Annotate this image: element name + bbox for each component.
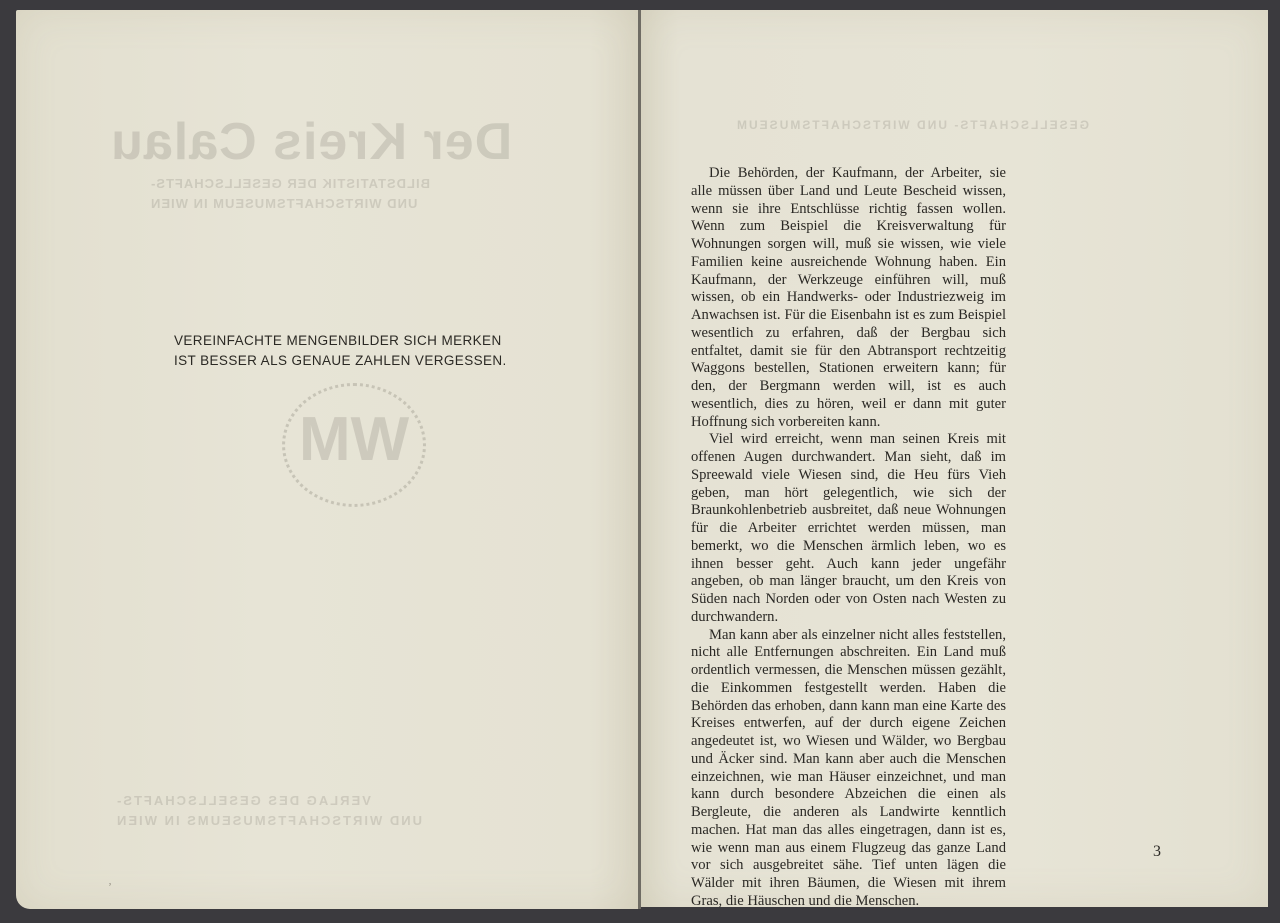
body-text: Die Behörden, der Kaufmann, der Arbeiter… [691,165,1006,911]
page-number: 3 [1153,843,1161,861]
motto-line-2: IST BESSER ALS GENAUE ZAHLEN VERGESSEN. [174,351,554,371]
book-gutter [638,10,641,909]
paragraph: Die Behörden, der Kaufmann, der Arbeiter… [691,165,1006,431]
bleed-through-footer-2: UND WIRTSCHAFTSMUSEUMS IN WIEN [115,813,422,828]
paragraph: Man kann aber als einzelner nicht alles … [691,627,1006,911]
bleed-through-footer-1: VERLAG DES GESELLSCHAFTS- [115,793,371,808]
bleed-through-title: Der Kreis Calau [110,112,512,172]
bleed-through-header: GESELLSCHAFTS- UND WIRTSCHAFTSMUSEUM [735,118,1089,132]
logo-letters: WM [285,404,423,475]
paragraph: Viel wird erreicht, wenn man seinen Krei… [691,431,1006,626]
bleed-through-subtitle-2: UND WIRTSCHAFTSMUSEUM IN WIEN [150,196,417,211]
museum-logo-icon: WM [282,383,426,507]
motto-line-1: VEREINFACHTE MENGENBILDER SICH MERKEN [174,331,554,351]
pencil-mark: ʼ [108,880,112,895]
bleed-through-subtitle-1: BILDSTATISTIK DER GESELLSCHAFTS- [150,176,430,191]
motto: VEREINFACHTE MENGENBILDER SICH MERKEN IS… [174,331,554,371]
